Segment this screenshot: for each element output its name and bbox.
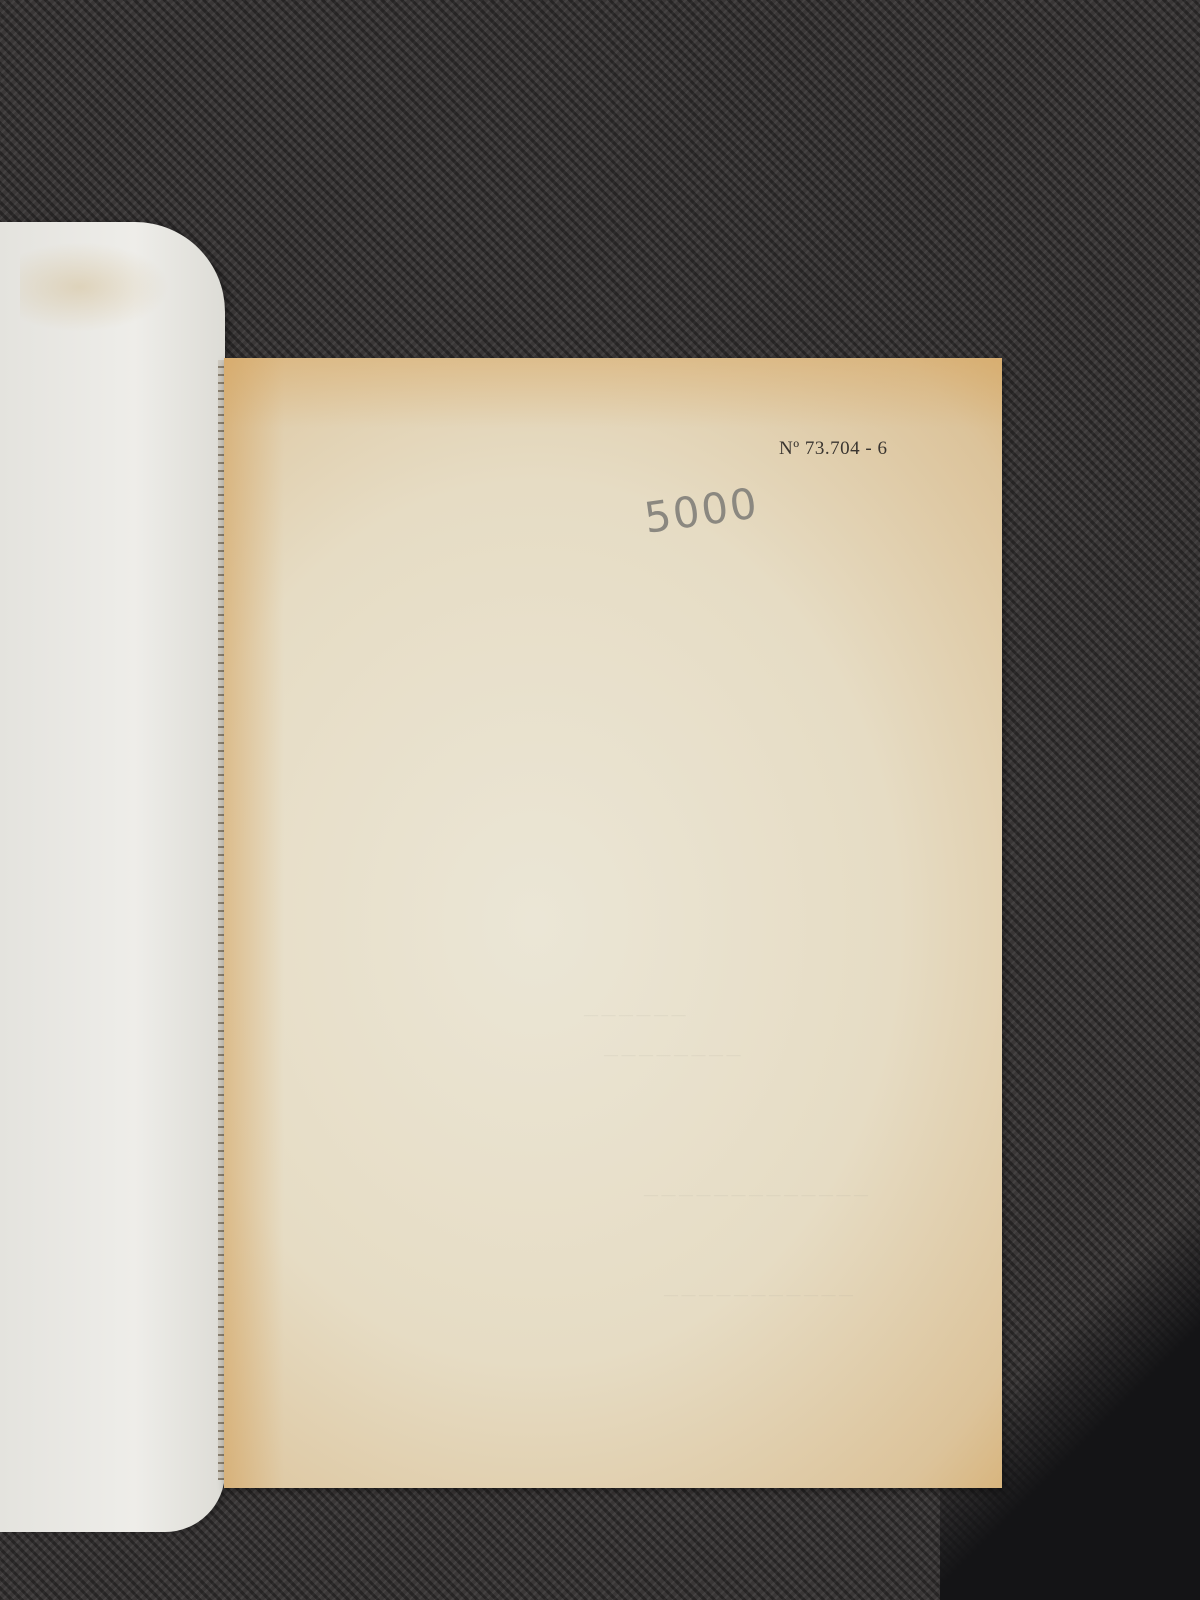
bleed-through-text: — — — — — — — — — — — — — xyxy=(644,1188,868,1204)
bleed-through-text: — — — — — — xyxy=(584,1008,686,1024)
foxing-stain xyxy=(20,242,170,332)
bleed-through-text: — — — — — — — — xyxy=(604,1048,741,1064)
left-page xyxy=(0,222,225,1532)
handwritten-price: 5000 xyxy=(641,478,762,543)
right-page: Nº 73.704 - 6 5000 — — — — — — — — — — —… xyxy=(224,358,1002,1488)
catalog-number: Nº 73.704 - 6 xyxy=(779,438,887,460)
bleed-through-text: — — — — — — — — — — — xyxy=(664,1288,853,1304)
